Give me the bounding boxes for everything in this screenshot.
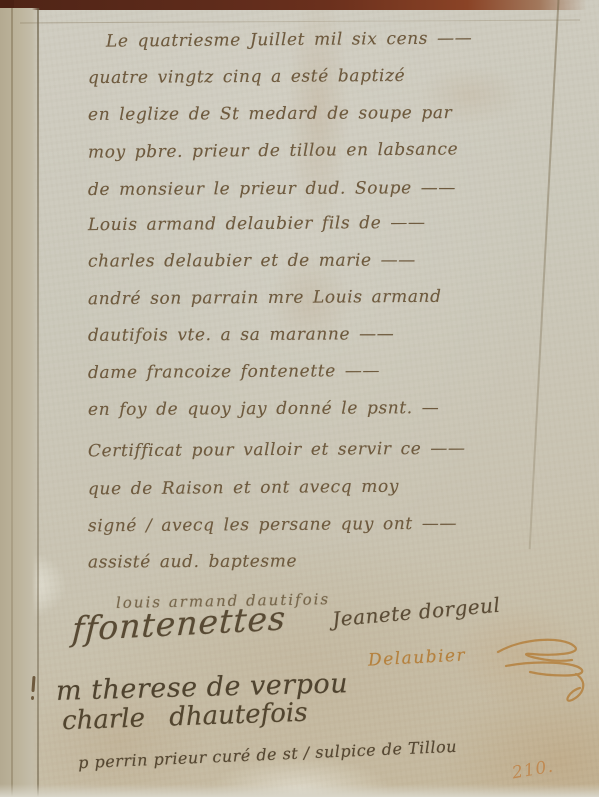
manuscript-line: en foy de quoy jay donné le psnt. — <box>88 398 439 420</box>
manuscript-line: andré son parrain mre Louis armand <box>88 287 442 309</box>
fold-line <box>37 8 39 797</box>
page-bottom-edge <box>0 784 599 797</box>
manuscript-line: que de Raison et ont avecq moy <box>88 477 399 500</box>
binding-edge <box>0 0 599 10</box>
manuscript-line: dautifois vte. a sa maranne —— <box>88 324 394 346</box>
manuscript-line: dame francoize fontenette —— <box>88 361 380 383</box>
paraph-flourish-icon <box>492 630 592 715</box>
manuscript-line: Certifficat pour valloir et servir ce —— <box>88 439 466 462</box>
manuscript-line: Louis armand delaubier fils de —— <box>88 213 426 235</box>
manuscript-line: charles delaubier et de marie —— <box>88 250 416 271</box>
manuscript-line: signé / avecq les persane quy ont —— <box>88 514 457 537</box>
fold-line <box>11 8 13 797</box>
manuscript-line: de monsieur le prieur dud. Soupe —— <box>88 178 456 200</box>
manuscript-line: en leglize de St medard de soupe par <box>88 103 452 125</box>
manuscript-line: assisté aud. baptesme <box>88 551 297 572</box>
manuscript-line: Le quatriesme Juillet mil six cens —— <box>106 28 472 51</box>
manuscript-line: quatre vingtz cinq a esté baptizé <box>88 66 405 88</box>
manuscript-line: moy pbre. prieur de tillou en labsance <box>88 139 458 162</box>
manuscript-photo: Le quatriesme Juillet mil six cens —— qu… <box>0 0 599 797</box>
